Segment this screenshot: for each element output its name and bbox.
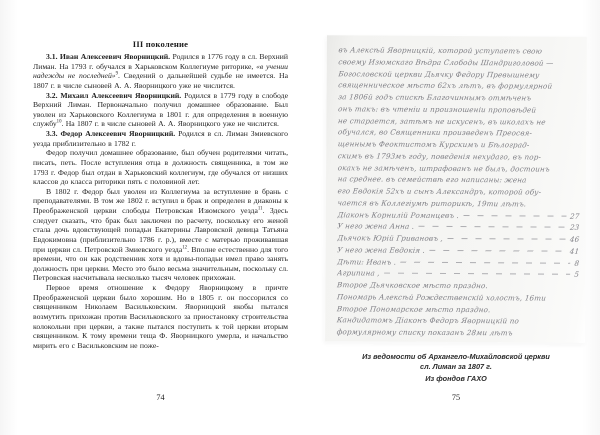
section-heading: III поколение — [33, 39, 288, 49]
paragraph: Первое время отношение к Федору Яворницк… — [33, 283, 288, 350]
left-page: III поколение 3.1. Иван Алексеевич Яворн… — [33, 39, 288, 350]
handwriting-line: Пономарь Алексѣй Рождественскій холостъ,… — [336, 291, 579, 304]
paragraph: Федор получил домашнее образование, был … — [33, 148, 288, 187]
handwritten-document-scan: въ Алексѣй Яворницкій, которой уступаетъ… — [325, 35, 587, 343]
handwriting-lines: въ Алексѣй Яворницкій, которой уступаетъ… — [336, 44, 580, 339]
age-value: 46 — [569, 234, 580, 246]
paragraph: В 1802 г. Федор был уволен из Коллегиума… — [33, 187, 288, 283]
dash-leader — [429, 250, 566, 252]
handwriting-line: скимъ въ 1793мъ году, поведенія нехудаго… — [337, 150, 580, 163]
age-value: 8 — [574, 257, 580, 269]
dash-leader — [400, 262, 570, 264]
caption-line-1: Из ведомости об Архангело-Михайловской ц… — [327, 352, 585, 362]
dash-leader — [447, 238, 566, 240]
age-value: 41 — [569, 245, 580, 257]
handwriting-line: чается въ Коллегіумѣ риторикѣ, 19ти лѣтъ… — [337, 197, 580, 210]
caption-line-2: сл. Лиман за 1807 г. — [327, 362, 585, 372]
age-value: 23 — [569, 222, 580, 234]
page-number-left: 74 — [33, 393, 288, 402]
age-value: 27 — [569, 210, 580, 222]
paragraph: 3.3. Федор Алексеевич Яворницкий. Родилс… — [33, 129, 288, 148]
paragraph: 3.1. Иван Алексеевич Яворницкий. Родился… — [33, 52, 288, 91]
handwriting-line: формулярному списку показанъ 28ми лѣтъ — [336, 326, 579, 339]
body-text: 3.1. Иван Алексеевич Яворницкий. Родился… — [33, 52, 288, 350]
caption-line-3: Из фондов ГАХО — [327, 374, 585, 384]
age-value: 5 — [574, 269, 580, 281]
dash-leader — [463, 215, 566, 217]
page-number-right: 75 — [327, 393, 585, 402]
photo-caption: Из ведомости об Архангело-Михайловской ц… — [327, 352, 585, 384]
paragraph: 3.2. Михаил Алексеевич Яворницкий. Родил… — [33, 91, 288, 130]
handwriting-line: онъ такъ: въ чтеніи и произношеніи пропо… — [337, 103, 580, 116]
dash-leader — [384, 273, 571, 275]
handwriting-line: своему Изюмскаго Вѣдра Слободы Шандригол… — [338, 56, 581, 69]
handwriting-line: У него жена Евдокія .41 — [337, 244, 580, 257]
dash-leader — [418, 226, 566, 228]
